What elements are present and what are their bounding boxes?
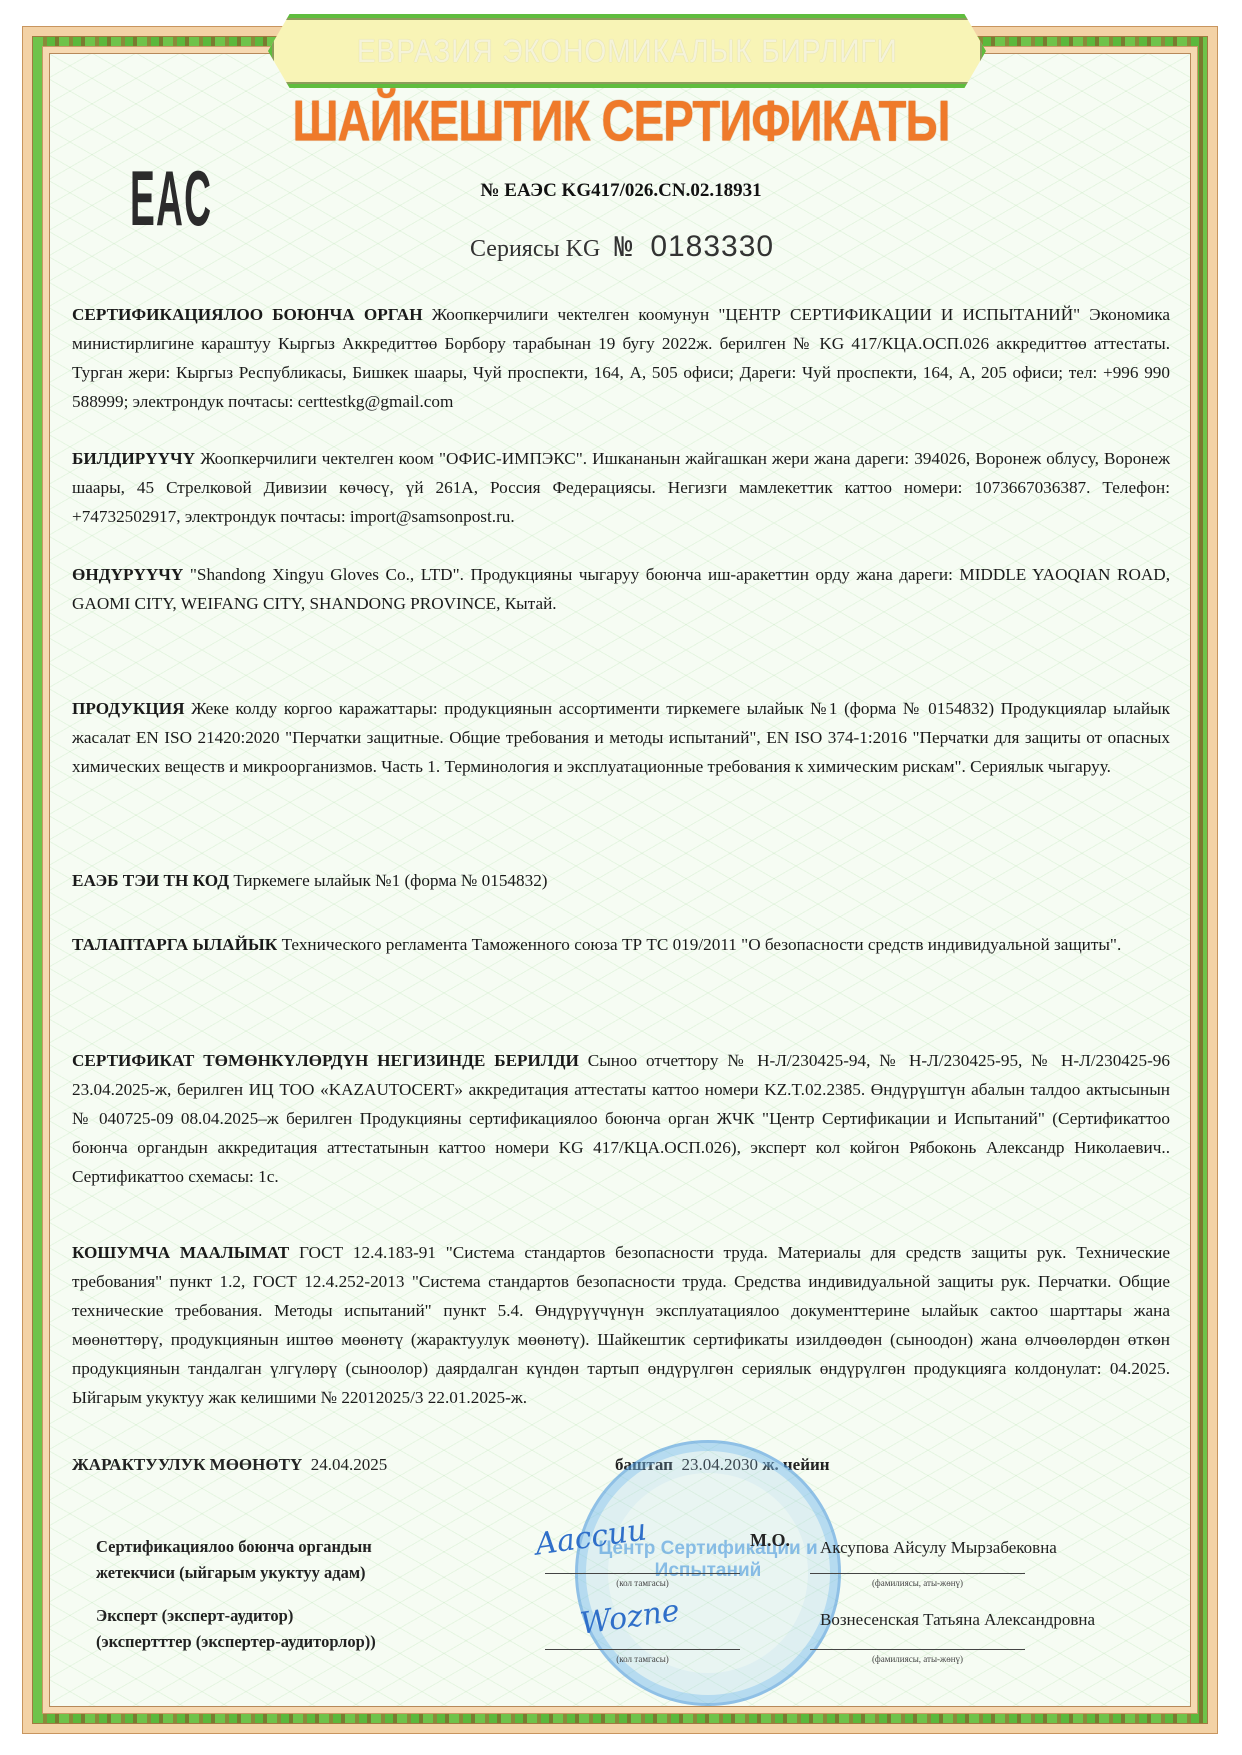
section-basis: СЕРТИФИКАТ ТӨМӨНКҮЛӨРДҮН НЕГИЗИНДЕ БЕРИЛ…	[72, 1046, 1170, 1191]
head-label-line1: Сертификациялоо боюнча органдын	[96, 1537, 372, 1556]
expert-label-line1: Эксперт (эксперт-аудитор)	[96, 1606, 293, 1625]
expert-label-line2: (экспертттер (экспертер-аудиторлор))	[96, 1632, 376, 1651]
banner-text: ЕВРАЗИЯ ЭКОНОМИКАЛЫК БИРЛИГИ	[357, 33, 898, 70]
head-name: Аксупова Айсулу Мырзабековна	[820, 1538, 1057, 1558]
section-text: Тиркемеге ылайык №1 (форма № 0154832)	[229, 871, 547, 890]
validity-start-date: 24.04.2025	[311, 1455, 388, 1474]
section-text: "Shandong Xingyu Gloves Co., LTD". Проду…	[72, 565, 1170, 613]
section-heading: ПРОДУКЦИЯ	[72, 699, 185, 718]
section-heading: БИЛДИРҮҮЧҮ	[72, 449, 195, 468]
expert-name-caption: (фамилиясы, аты-жөнү)	[810, 1654, 1025, 1664]
section-tn-code: ЕАЭБ ТЭИ ТН КОД Тиркемеге ылайык №1 (фор…	[72, 866, 1170, 895]
section-heading: ЕАЭБ ТЭИ ТН КОД	[72, 871, 229, 890]
expert-signature-caption: (кол тамгасы)	[545, 1654, 740, 1664]
section-heading: ТАЛАПТАРГА ЫЛАЙЫК	[72, 935, 277, 954]
section-text: Жоопкерчилиги чектелген коом "ОФИС-ИМПЭК…	[72, 449, 1170, 526]
head-label-line2: жетекчиси (ыйгарым укуктуу адам)	[96, 1563, 366, 1582]
section-product: ПРОДУКЦИЯ Жеке колду коргоо каражаттары:…	[72, 694, 1170, 781]
section-certification-body: СЕРТИФИКАЦИЯЛОО БОЮНЧА ОРГАН Жоопкерчили…	[72, 300, 1170, 416]
head-signatory-label: Сертификациялоо боюнча органдын жетекчис…	[96, 1534, 372, 1586]
series-number: № 0183330	[614, 230, 774, 266]
section-text: Технического регламента Таможенного союз…	[277, 935, 1121, 954]
section-text: ГОСТ 12.4.183-91 "Система стандартов без…	[72, 1243, 1170, 1407]
expert-name: Вознесенская Татьяна Александровна	[820, 1610, 1095, 1630]
certificate-number: № ЕАЭС KG417/026.CN.02.18931	[0, 180, 1242, 202]
series-number-value: 0183330	[650, 230, 774, 263]
section-additional-info: КОШУМЧА МААЛЫМАТ ГОСТ 12.4.183-91 "Систе…	[72, 1238, 1170, 1412]
section-compliance: ТАЛАПТАРГА ЫЛАЙЫК Технического регламент…	[72, 930, 1170, 959]
series-line: Сериясы KG № 0183330	[470, 230, 774, 266]
head-name-caption: (фамилиясы, аты-жөнү)	[810, 1578, 1025, 1588]
section-manufacturer: ӨНДҮРҮҮЧҮ "Shandong Xingyu Gloves Co., L…	[72, 560, 1170, 618]
seal-mark: М.О.	[750, 1530, 790, 1551]
number-sign: №	[614, 232, 632, 266]
union-banner: ЕВРАЗИЯ ЭКОНОМИКАЛЫК БИРЛИГИ	[268, 14, 986, 88]
head-signature-caption: (кол тамгасы)	[545, 1578, 740, 1588]
head-signature-line	[545, 1573, 740, 1574]
expert-name-line	[810, 1649, 1025, 1650]
validity-from: ЖАРАКТУУЛУК МӨӨНӨТҮ 24.04.2025	[72, 1455, 387, 1475]
certificate-title: ШАЙКЕШТИК СЕРТИФИКАТЫ	[75, 89, 1168, 155]
section-text: Жеке колду коргоо каражаттары: продукция…	[72, 699, 1170, 776]
section-text: Сыноо отчеттору № Н-Л/230425-94, № Н-Л/2…	[72, 1051, 1170, 1186]
section-heading: КОШУМЧА МААЛЫМАТ	[72, 1243, 289, 1262]
validity-label: ЖАРАКТУУЛУК МӨӨНӨТҮ	[72, 1455, 302, 1474]
series-label: Сериясы KG	[470, 236, 600, 263]
expert-signature-line	[545, 1649, 740, 1650]
section-heading: СЕРТИФИКАЦИЯЛОО БОЮНЧА ОРГАН	[72, 305, 423, 324]
section-applicant: БИЛДИРҮҮЧҮ Жоопкерчилиги чектелген коом …	[72, 444, 1170, 531]
head-name-line	[810, 1573, 1025, 1574]
section-heading: ӨНДҮРҮҮЧҮ	[72, 565, 183, 584]
expert-signatory-label: Эксперт (эксперт-аудитор) (экспертттер (…	[96, 1603, 376, 1655]
section-heading: СЕРТИФИКАТ ТӨМӨНКҮЛӨРДҮН НЕГИЗИНДЕ БЕРИЛ…	[72, 1051, 579, 1070]
